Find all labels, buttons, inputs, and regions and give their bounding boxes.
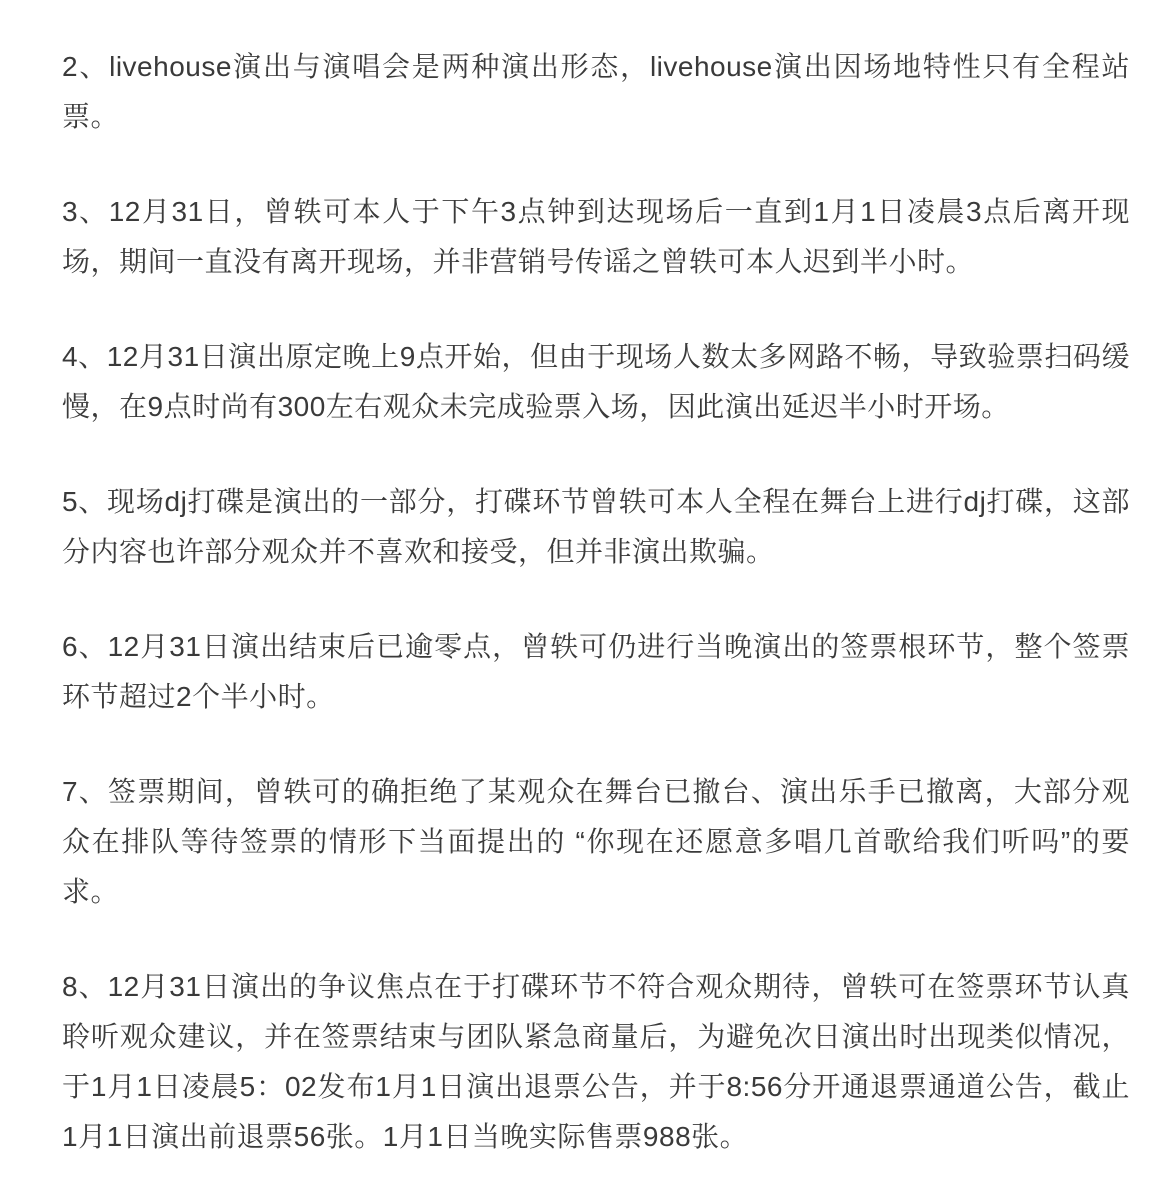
statement-document: 2、livehouse演出与演唱会是两种演出形态，livehouse演出因场地特…	[0, 0, 1150, 1180]
statement-item-4: 4、12月31日演出原定晚上9点开始，但由于现场人数太多网路不畅，导致验票扫码缓…	[62, 332, 1130, 432]
statement-item-2: 2、livehouse演出与演唱会是两种演出形态，livehouse演出因场地特…	[62, 42, 1130, 142]
document-page: { "page": { "background_color": "#ffffff…	[0, 0, 1150, 1180]
statement-item-5: 5、现场dj打碟是演出的一部分，打碟环节曾轶可本人全程在舞台上进行dj打碟，这部…	[62, 477, 1130, 577]
statement-item-3: 3、12月31日，曾轶可本人于下午3点钟到达现场后一直到1月1日凌晨3点后离开现…	[62, 187, 1130, 287]
statement-item-7: 7、签票期间，曾轶可的确拒绝了某观众在舞台已撤台、演出乐手已撤离，大部分观众在排…	[62, 767, 1130, 917]
statement-item-8: 8、12月31日演出的争议焦点在于打碟环节不符合观众期待，曾轶可在签票环节认真聆…	[62, 962, 1130, 1162]
statement-item-6: 6、12月31日演出结束后已逾零点，曾轶可仍进行当晚演出的签票根环节，整个签票环…	[62, 622, 1130, 722]
